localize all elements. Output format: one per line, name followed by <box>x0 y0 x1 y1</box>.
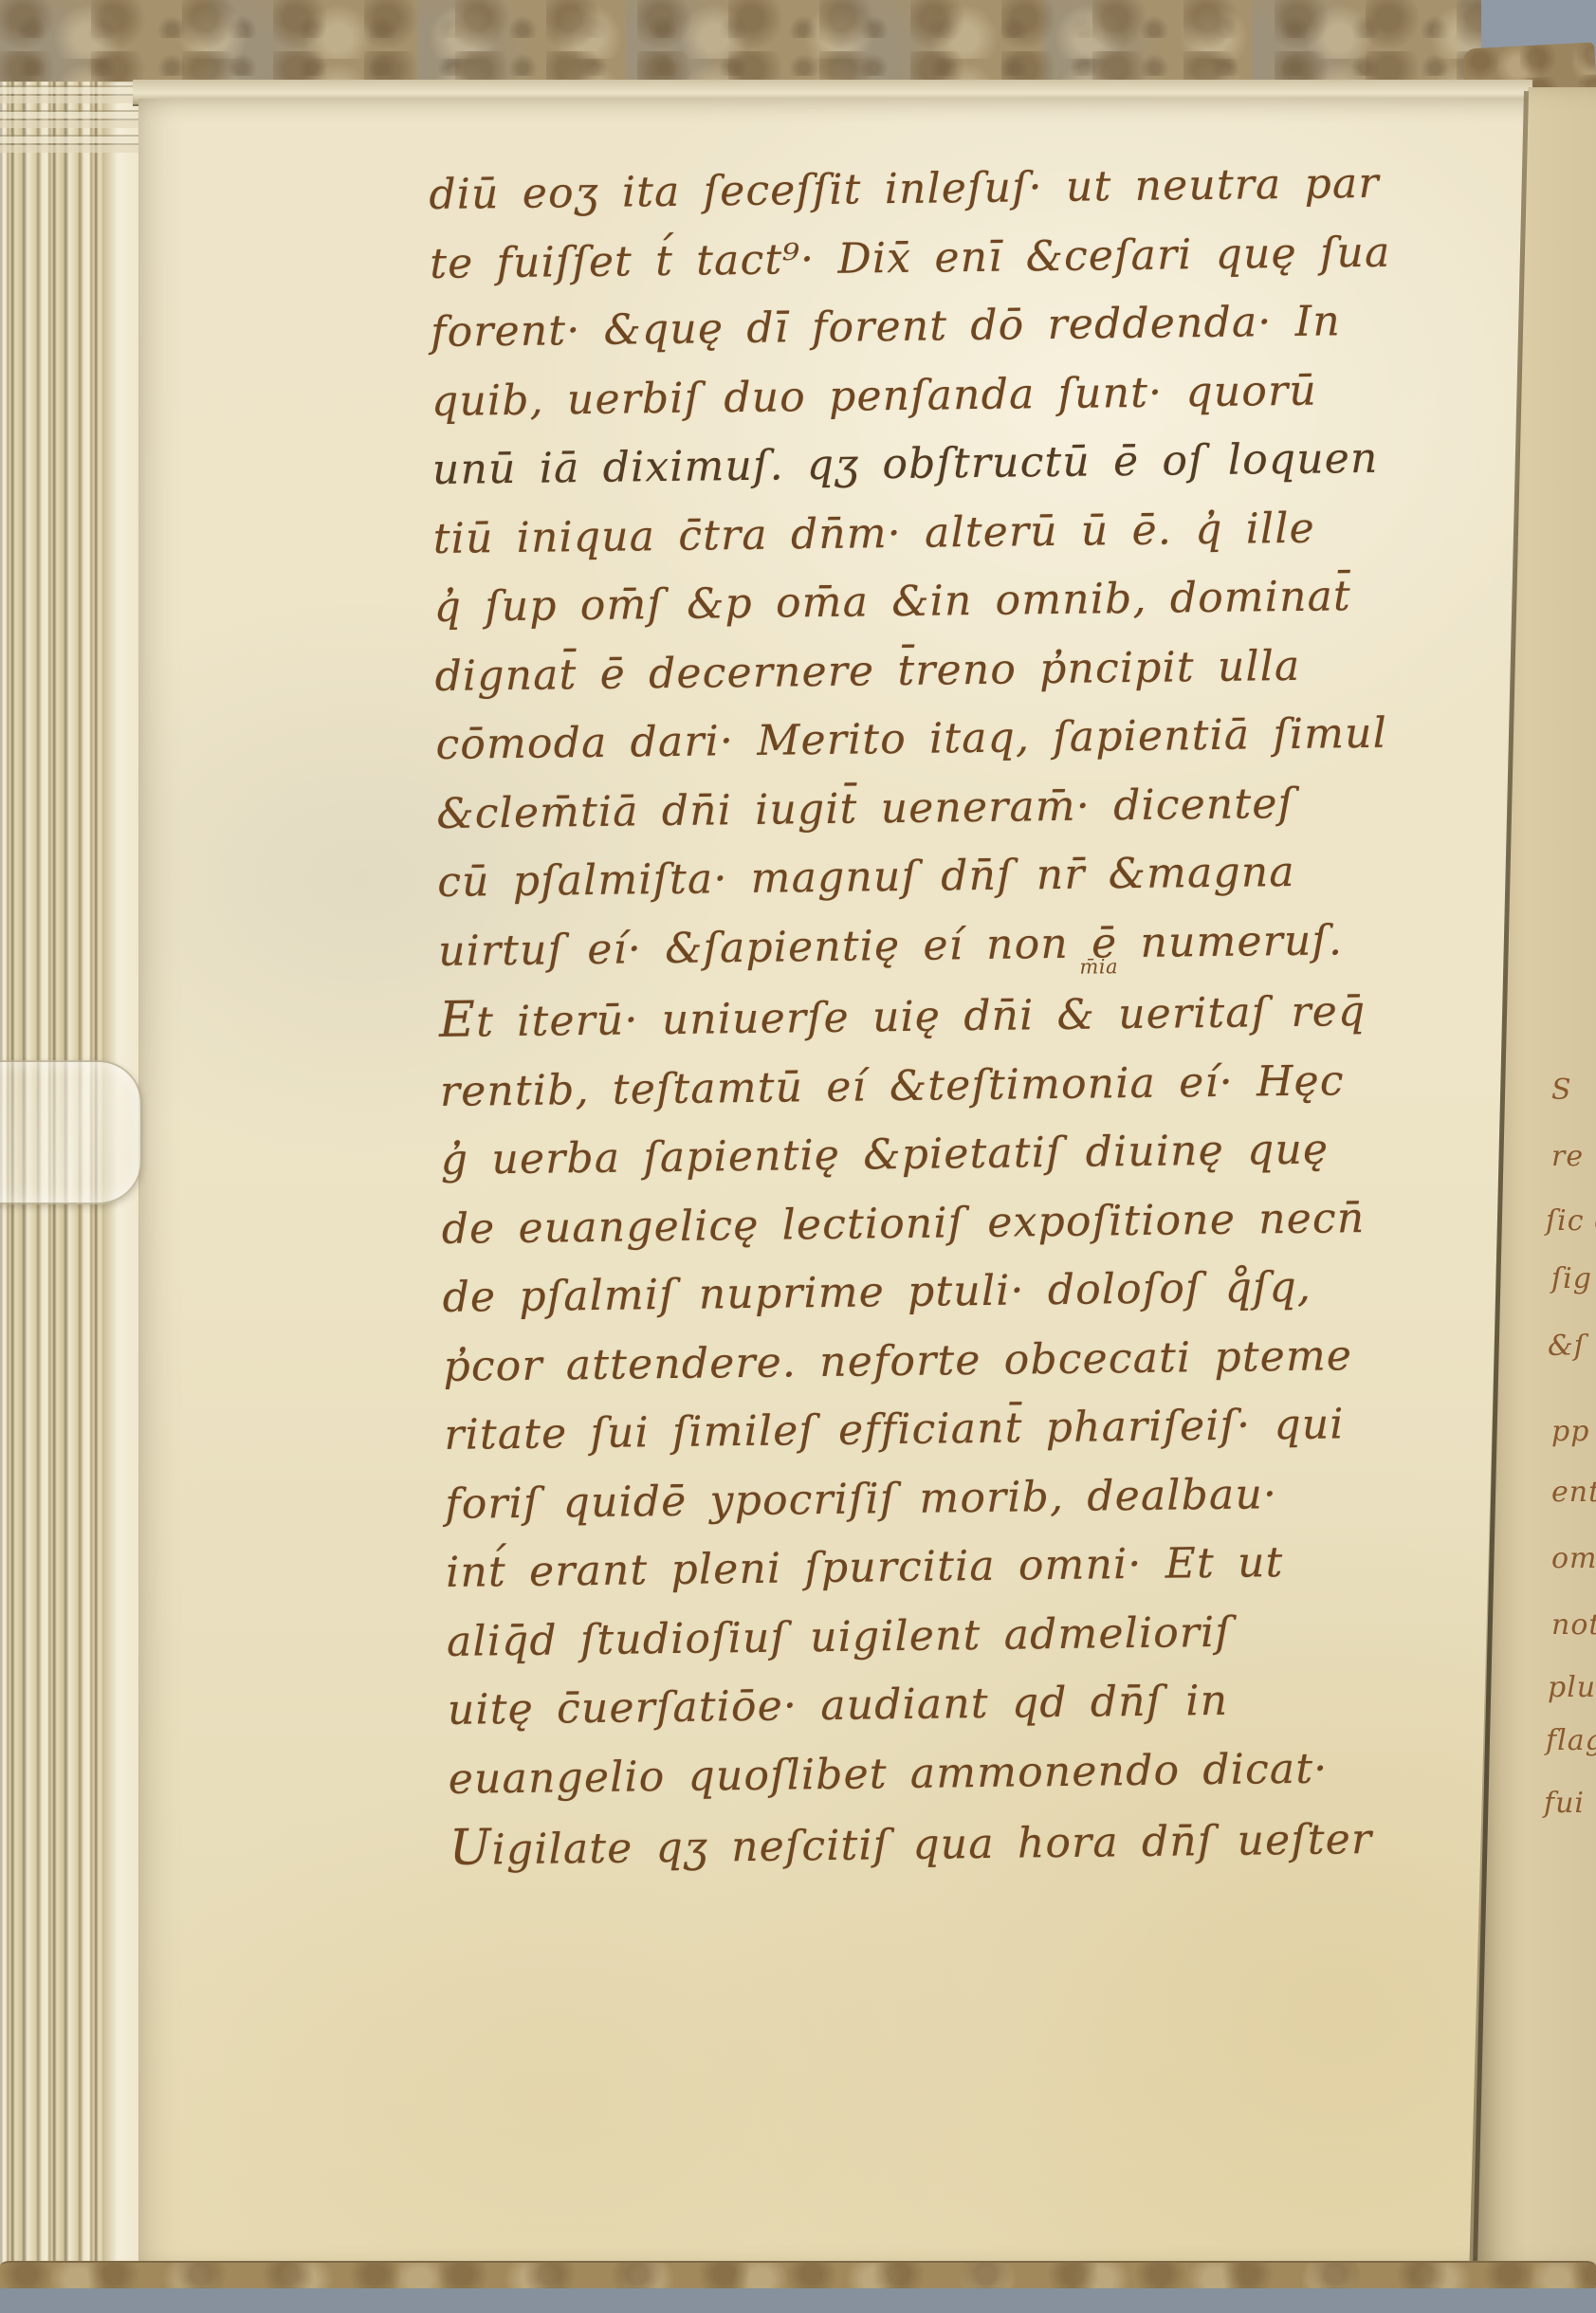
next-page-text-fragment: not <box>1551 1608 1596 1642</box>
next-page-text-fragment: pp <box>1551 1415 1589 1448</box>
next-page-text-fragment: ſig <box>1551 1262 1592 1295</box>
text-line: diū eoʒ ita ſeceſſit inleſuſ· ut neutra … <box>429 148 1534 230</box>
next-page-text-fragment: ent <box>1551 1476 1596 1509</box>
next-page-text-fragment: &ſ <box>1548 1330 1586 1363</box>
text-block: diū eoʒ ita ſeceſſit inleſuſ· ut neutra … <box>429 148 1554 1886</box>
next-page-text-fragment: flag <box>1546 1724 1596 1757</box>
page-tab <box>0 1060 142 1204</box>
facing-page-text-fragments: S re ſic e ſig &ſ pp ent om not plu flag… <box>1551 0 1596 2313</box>
text-line: te fuiſſet t́ tact⁹· Dix̄ enī &ceſari qu… <box>430 216 1535 299</box>
text-line: Uigilate qʒ neſcitiſ qua hora dn̄ſ ueſte… <box>449 1801 1554 1886</box>
manuscript-photo: S re ſic e ſig &ſ pp ent om not plu flag… <box>0 0 1596 2313</box>
book-tail-edge <box>0 2261 1596 2288</box>
next-page-text-fragment: plu <box>1548 1671 1596 1704</box>
text-line: Et iterū· uniuerſe uię dn̄i & ueritaſ re… <box>439 973 1545 1058</box>
next-page-text-fragment: ſic e <box>1546 1204 1596 1238</box>
interlinear-gloss: m̄ia <box>1079 955 1118 978</box>
next-page-text-fragment: re <box>1551 1140 1584 1173</box>
next-page-text-fragment: om <box>1551 1542 1596 1575</box>
next-page-text-fragment: S <box>1551 1074 1572 1107</box>
text-line: unū iā diximuſ. qʒ obſtructū ē oſ loquen <box>432 423 1538 505</box>
text-line: cōmoda dari· Merito itaq, ſapientiā ſimu… <box>435 698 1541 780</box>
